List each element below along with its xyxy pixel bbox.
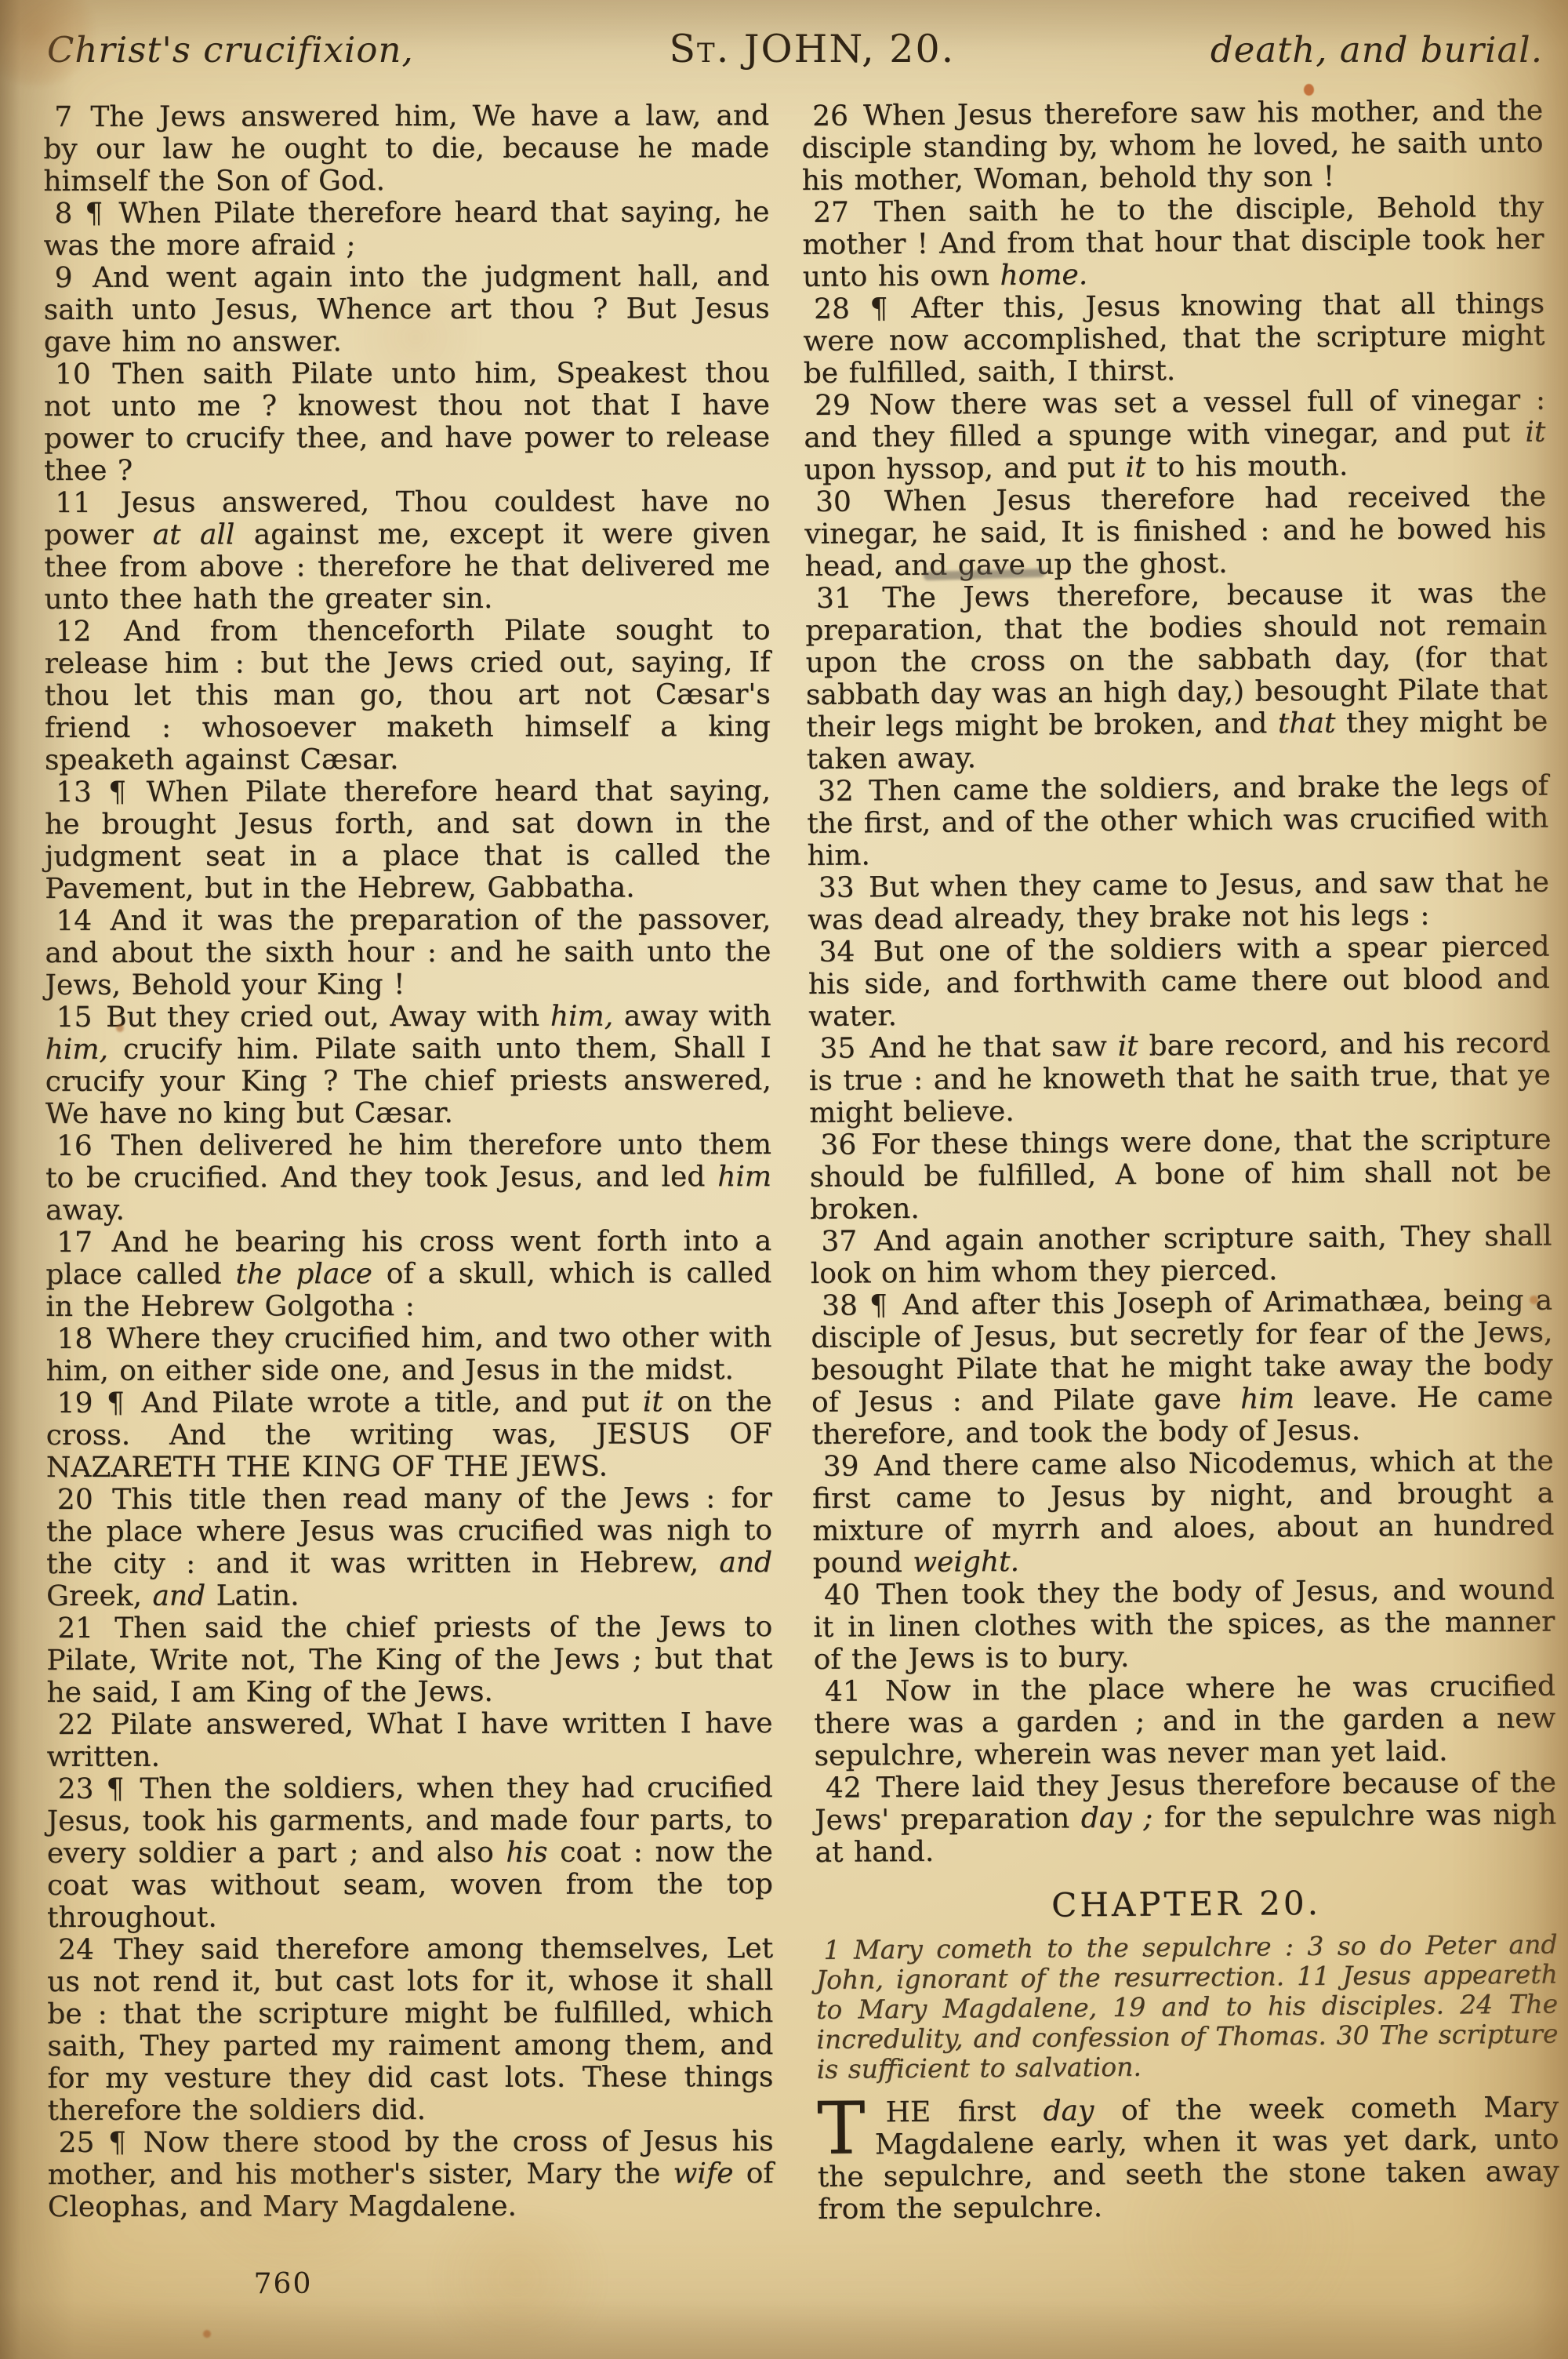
verse-number: 29 [815, 389, 869, 422]
text-column-right: 26 When Jesus therefore saw his mother, … [801, 95, 1559, 2226]
verse-33: 33 But when they came to Jesus, and saw … [808, 867, 1550, 936]
verse-39: 39 And there came also Nicodemus, which … [812, 1445, 1555, 1579]
verse-number: 27 [813, 196, 874, 229]
verse-number: 30 [815, 485, 884, 518]
verses-right: 26 When Jesus therefore saw his mother, … [801, 95, 1557, 1869]
verse-number: 35 [819, 1032, 869, 1064]
verse-11: 11 Jesus answered, Thou couldest have no… [44, 485, 770, 616]
verse-22: 22 Pilate answered, What I have written … [46, 1707, 772, 1773]
running-head-right: death, and burial. [1210, 29, 1543, 71]
verse-number: 24 [58, 1934, 114, 1966]
verse-27: 27 Then saith he to the disciple, Behold… [802, 191, 1544, 293]
verse-29: 29 Now there was set a vessel full of vi… [804, 384, 1546, 486]
verse-26: 26 When Jesus therefore saw his mother, … [801, 95, 1544, 197]
verse-number: 41 [825, 1675, 885, 1708]
verse-number: 16 [56, 1130, 111, 1162]
verse-number: 17 [56, 1227, 111, 1259]
verse-23: 23 ¶ Then the soldiers, when they had cr… [47, 1772, 773, 1934]
verse-21: 21 Then said the chief priests of the Je… [46, 1611, 772, 1709]
verse-number: 21 [57, 1612, 114, 1645]
verse-number: 39 [823, 1450, 874, 1483]
verse-number: 28 ¶ [814, 293, 911, 325]
verse-30: 30 When Jesus therefore had received the… [804, 481, 1547, 583]
verse-number: 15 [56, 1001, 107, 1034]
verse-number: 36 [820, 1129, 871, 1161]
verse-12: 12 And from thenceforth Pilate sought to… [45, 614, 771, 776]
verse-17: 17 And he bearing his cross went forth i… [45, 1225, 771, 1323]
verse-number: 12 [56, 616, 124, 648]
verse-number: 19 ¶ [57, 1387, 142, 1419]
verse-13: 13 ¶ When Pilate therefore heard that sa… [45, 775, 771, 905]
verse-40: 40 Then took they the body of Jesus, and… [813, 1574, 1555, 1676]
verse-31: 31 The Jews therefore, because it was th… [805, 577, 1548, 776]
verse-9: 9 And went again into the judgment hall,… [44, 260, 770, 358]
verse-36: 36 For these things were done, that the … [809, 1124, 1552, 1226]
verse-number: 34 [818, 936, 873, 969]
chapter-heading: CHAPTER 20. [815, 1885, 1557, 1922]
verse-number: 42 [826, 1772, 877, 1805]
verse-32: 32 Then came the soldiers, and brake the… [807, 770, 1549, 872]
verse-25: 25 ¶ Now there stood by the cross of Jes… [48, 2125, 774, 2223]
verse-number: 40 [824, 1579, 877, 1612]
verse-18: 18 Where they crucified him, and two oth… [45, 1321, 771, 1387]
verse-20: 20 This title then read many of the Jews… [46, 1482, 772, 1612]
verse-number: 22 [57, 1709, 110, 1741]
verse-number: 13 ¶ [56, 776, 147, 809]
scanned-bible-page: { "palette": { "paper": "#e8d8ad", "pape… [0, 0, 1568, 2359]
verse-8: 8 ¶ When Pilate therefore heard that say… [43, 196, 769, 262]
verse-number: 18 [56, 1323, 107, 1355]
verse-number: 25 ¶ [59, 2127, 143, 2159]
verse-37: 37 And again another scripture saith, Th… [810, 1220, 1552, 1290]
chapter20-verse-1: THE first day of the week cometh Mary Ma… [817, 2091, 1559, 2225]
verse-10: 10 Then saith Pilate unto him, Speakest … [44, 357, 770, 487]
book-chapter-title: St. JOHN, 20. [669, 27, 955, 71]
verse-42: 42 There laid they Jesus therefore becau… [815, 1767, 1557, 1869]
orange-ink-spot [1304, 84, 1314, 96]
text-column-left: 7 The Jews answered him, We have a law, … [43, 100, 774, 2223]
verse-34: 34 But one of the soldiers with a spear … [808, 931, 1550, 1033]
verse-28: 28 ¶ After this, Jesus knowing that all … [803, 288, 1545, 390]
verse-number: 31 [816, 582, 883, 615]
verse-number: 10 [55, 358, 112, 391]
verse-24: 24 They said therefore among themselves,… [47, 1932, 774, 2127]
verse-16: 16 Then delivered he him therefore unto … [45, 1129, 771, 1227]
verse-14: 14 And it was the preparation of the pas… [45, 903, 771, 1001]
verse-number: 7 [54, 101, 90, 133]
verse-number: 38 ¶ [822, 1289, 902, 1322]
drop-cap: T [817, 2096, 875, 2158]
verse-41: 41 Now in the place where he was crucifi… [814, 1670, 1556, 1772]
verse-number: 26 [812, 100, 863, 133]
verse-number: 23 ¶ [58, 1773, 140, 1805]
verse-38: 38 ¶ And after this Joseph of Arimathæa,… [811, 1285, 1554, 1451]
verse-number: 37 [821, 1225, 874, 1258]
chapter-summary: 1 Mary cometh to the sepulchre : 3 so do… [815, 1929, 1558, 2084]
paper-stain-2 [408, 2212, 627, 2345]
verse-35: 35 And he that saw it bare record, and h… [808, 1027, 1551, 1129]
verse-19: 19 ¶ And Pilate wrote a title, and put i… [46, 1386, 772, 1484]
verse-number: 11 [55, 487, 120, 519]
verse-number: 32 [818, 775, 869, 808]
verse-15: 15 But they cried out, Away with him, aw… [45, 1000, 771, 1130]
page-number: 760 [232, 2268, 334, 2300]
verse-number: 14 [56, 905, 110, 937]
verse-number: 8 ¶ [54, 198, 118, 230]
running-header: Christ's crucifixion, St. JOHN, 20. deat… [47, 27, 1543, 71]
verse-7: 7 The Jews answered him, We have a law, … [43, 100, 769, 198]
verse-number: 9 [55, 262, 93, 294]
small-orange-spot [203, 2330, 211, 2338]
verse-number: 20 [57, 1484, 112, 1516]
verse-number: 33 [818, 871, 869, 904]
running-head-left: Christ's crucifixion, [47, 29, 414, 71]
